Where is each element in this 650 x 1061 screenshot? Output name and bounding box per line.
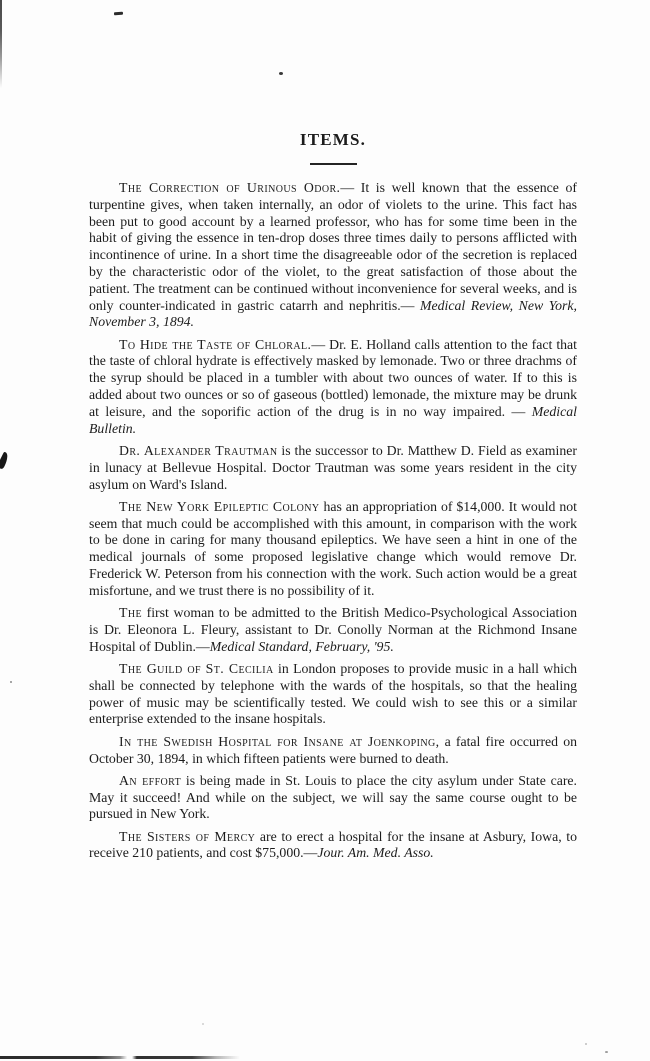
paragraph-lead: Dr. Alexander Trautman — [119, 443, 278, 458]
paragraph-hide-taste-chloral: To Hide the Taste of Chloral.— Dr. E. Ho… — [89, 337, 577, 438]
paragraph-body: — It is well known that the essence of t… — [89, 180, 577, 313]
scan-artifact-left-speck — [10, 681, 12, 683]
paragraph-dr-trautman: Dr. Alexander Trautman is the successor … — [89, 443, 577, 493]
paragraph-lead: An effort — [119, 773, 181, 788]
scan-artifact-dash — [114, 12, 123, 16]
scan-artifact-bottom-edge-strip — [0, 1056, 240, 1059]
paragraph-citation: Jour. Am. Med. Asso. — [317, 845, 433, 860]
paragraph-sisters-of-mercy: The Sisters of Mercy are to erect a hosp… — [89, 829, 577, 863]
page-title: ITEMS. — [89, 130, 577, 150]
paragraph-lead: The — [119, 605, 142, 620]
scan-artifact-right-speck — [605, 1051, 608, 1053]
paragraph-ny-epileptic-colony: The New York Epileptic Colony has an app… — [89, 499, 577, 600]
paragraph-lead: The Sisters of Mercy — [119, 829, 255, 844]
text-block: ITEMS. The Correction of Urinous Odor.— … — [89, 130, 577, 868]
paragraph-citation: Medical Standard, February, '95. — [210, 639, 394, 654]
paragraph-lead: The New York Epileptic Colony — [119, 499, 320, 514]
paragraph-st-louis-asylum: An effort is being made in St. Louis to … — [89, 773, 577, 823]
title-rule-divider — [310, 163, 357, 165]
paragraph-correction-urinous-odor: The Correction of Urinous Odor.— It is w… — [89, 180, 577, 331]
scanned-document-page: ITEMS. The Correction of Urinous Odor.— … — [0, 0, 650, 1061]
paragraph-swedish-hospital-fire: In the Swedish Hospital for Insane at Jo… — [89, 734, 577, 768]
scan-artifact-right-speck — [585, 1043, 587, 1045]
paragraph-first-woman-admitted: The first woman to be admitted to the Br… — [89, 605, 577, 655]
paragraph-lead: The Correction of Urinous Odor. — [119, 180, 340, 195]
paragraph-lead: To Hide the Taste of Chloral. — [119, 337, 311, 352]
paragraph-lead: The Guild of St. Cecilia — [119, 661, 274, 676]
scan-artifact-left-edge-line — [0, 0, 2, 88]
scan-artifact-bottom-speck — [202, 1023, 204, 1025]
scan-artifact-left-margin-mark — [0, 452, 11, 469]
items-body: The Correction of Urinous Odor.— It is w… — [89, 180, 577, 862]
paragraph-guild-st-cecilia: The Guild of St. Cecilia in London propo… — [89, 661, 577, 728]
scan-artifact-dot — [279, 72, 283, 75]
paragraph-lead: In the Swedish Hospital for Insane at Jo… — [119, 734, 439, 749]
